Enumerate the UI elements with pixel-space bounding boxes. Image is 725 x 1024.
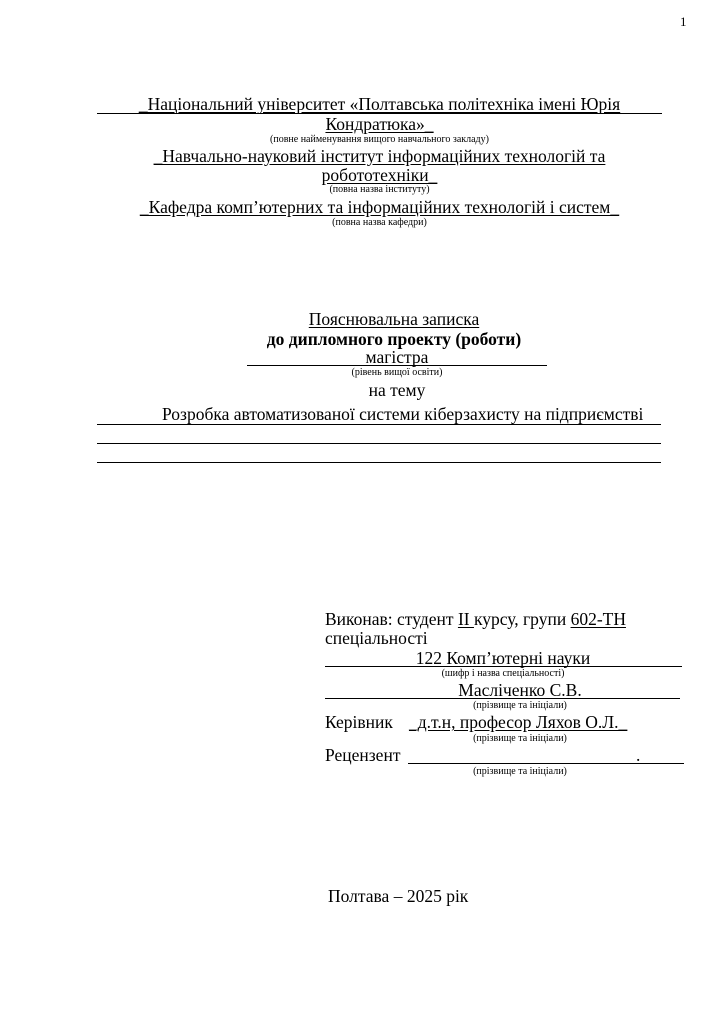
specialty-label: спеціальності (325, 628, 428, 648)
department-caption: (повна назва кафедри) (97, 217, 662, 229)
supervisor-label: Керівник (325, 712, 393, 732)
topic-line-2 (97, 443, 661, 444)
document-title: Пояснювальна записка (97, 309, 691, 329)
student-underline (325, 698, 680, 699)
performed-by: Виконав: студент II курсу, групи 602-ТН (325, 609, 626, 629)
on-topic-label: на тему (247, 380, 547, 400)
degree-underline (247, 365, 547, 366)
specialty-value: 122 Комп’ютерні науки (325, 648, 681, 668)
topic-text: Розробка автоматизованої системи кіберза… (162, 404, 643, 424)
university-line-2: Кондратюка»_ (97, 114, 662, 134)
reviewer-underline (408, 763, 684, 764)
department-name: _Кафедра комп’ютерних та інформаційних т… (97, 197, 662, 217)
topic-line-3 (97, 462, 661, 463)
topic-line-1 (97, 424, 661, 425)
specialty-caption: (шифр і назва спеціальності) (325, 668, 681, 680)
degree-caption: (рівень вищої освіти) (247, 367, 547, 379)
reviewer-label: Рецензент (325, 745, 400, 765)
institute-line-1: _Навчально-науковий інститут інформаційн… (97, 146, 662, 166)
specialty-underline (325, 666, 682, 667)
institute-caption: (повна назва інституту) (97, 184, 662, 196)
institute-line-2: робототехніки_ (97, 165, 662, 185)
document-subtitle: до дипломного проекту (роботи) (97, 329, 691, 349)
reviewer-caption: (прізвище та ініціали) (325, 766, 715, 778)
student-caption: (прізвище та ініціали) (325, 700, 715, 712)
page-number: 1 (680, 12, 687, 32)
university-line-1: _Національний університет «Полтавська по… (97, 94, 662, 114)
university-caption: (повне найменування вищого навчального з… (97, 134, 662, 146)
student-name: Масліченко С.В. (325, 680, 715, 700)
reviewer-value: . (636, 745, 640, 765)
supervisor-value: _д.т.н, професор Ляхов О.Л._ (409, 712, 627, 732)
city-year: Полтава – 2025 рік (328, 886, 468, 906)
degree-level: магістра (247, 347, 547, 367)
supervisor-caption: (прізвище та ініціали) (325, 733, 715, 745)
